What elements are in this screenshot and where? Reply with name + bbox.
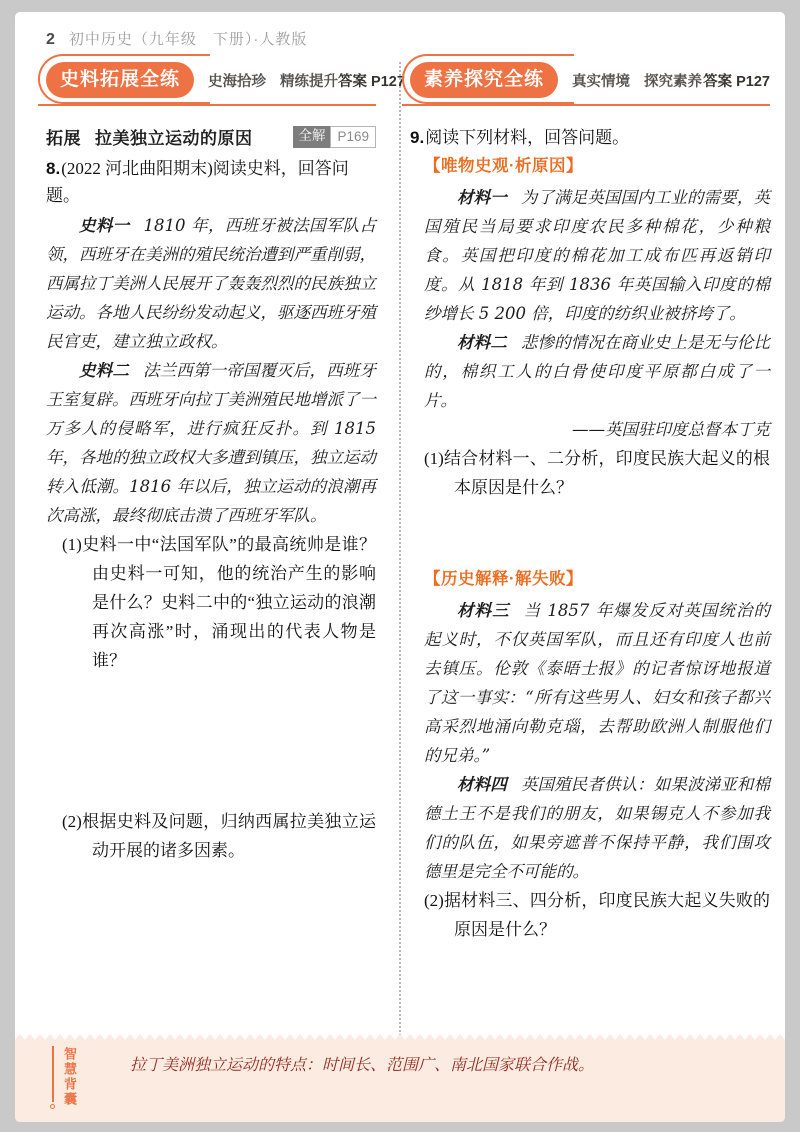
question-8-sub-2: (2)根据史料及问题，归纳西属拉美独立运动开展的诸多因素。 xyxy=(62,807,376,865)
page-header: 2 初中历史（九年级 下册）·人教版 xyxy=(46,28,746,49)
material-cailiao-4: 材料四英国殖民者供认：如果波涕亚和棉德土王不是我们的朋友，如果锡克人不参加我们的… xyxy=(424,770,770,886)
header-underline-decoration xyxy=(402,104,770,106)
header-underline-decoration xyxy=(38,104,376,106)
column-divider xyxy=(399,62,401,1040)
tagline: 探究素养 xyxy=(644,70,702,91)
sub-question-number: (1) xyxy=(62,535,82,554)
screenshot-root: 2 初中历史（九年级 下册）·人教版 史料拓展全练 史海拾珍 精练提升 答案 P… xyxy=(0,0,800,1132)
tagline: 史海拾珍 xyxy=(208,70,266,91)
tagline: 真实情境 xyxy=(572,70,630,91)
answer-page-ref: 答案 P127 xyxy=(338,70,405,91)
material-shiliao-2: 史料二法兰西第一帝国覆灭后，西班牙王室复辟。西班牙向拉丁美洲殖民地增派了一万多人… xyxy=(46,356,376,530)
question-8-stem-text: (2022 河北曲阳期末)阅读史料，回答问题。 xyxy=(46,159,349,205)
material-2-attribution: ——英国驻印度总督本丁克 xyxy=(424,415,770,444)
sub-question-number: (2) xyxy=(62,812,82,831)
book-title: 初中历史（九年级 下册）·人教版 xyxy=(69,28,308,49)
competency-tag-2: 【历史解释·解失败】 xyxy=(424,566,770,593)
material-label: 材料四 xyxy=(457,775,507,794)
workbook-page: 2 初中历史（九年级 下册）·人教版 史料拓展全练 史海拾珍 精练提升 答案 P… xyxy=(15,12,785,1122)
question-8-sub-1: (1)史料一中“法国军队”的最高统帅是谁？由史料一可知，他的统治产生的影响是什么… xyxy=(62,530,376,675)
material-label: 材料三 xyxy=(457,601,510,620)
question-8-number: 8. xyxy=(46,159,60,178)
material-label: 材料二 xyxy=(457,333,507,352)
material-label: 史料一 xyxy=(79,216,130,235)
answer-space xyxy=(424,502,770,564)
solution-badge-page: P169 xyxy=(330,126,376,148)
zigzag-edge-decoration xyxy=(15,1034,785,1040)
wisdom-pouch-panel: 智慧背囊 拉丁美洲独立运动的特点：时间长、范围广、南北国家联合作战。 xyxy=(15,1040,785,1122)
section-badge: 素养探究全练 xyxy=(410,62,558,98)
right-section-header: 素养探究全练 真实情境 探究素养 答案 P127 xyxy=(410,60,770,100)
question-9-stem-text: 阅读下列材料，回答问题。 xyxy=(425,128,629,147)
question-9-number: 9. xyxy=(410,128,424,147)
page-number: 2 xyxy=(46,31,55,49)
section-badge: 史料拓展全练 xyxy=(46,62,194,98)
answer-space xyxy=(46,675,376,807)
section-taglines: 真实情境 探究素养 xyxy=(572,70,702,91)
left-column: 史料拓展全练 史海拾珍 精练提升 答案 P127 拓展 拉美独立运动的原因 全解… xyxy=(46,60,376,865)
material-cailiao-3: 材料三当 1857 年爆发反对英国统治的起义时，不仅英国军队，而且还有印度人也前… xyxy=(424,596,770,770)
material-cailiao-1: 材料一为了满足英国国内工业的需要，英国殖民当局要求印度农民多种棉花，少种粮食。英… xyxy=(424,183,770,328)
sub-question-text: 史料一中“法国军队”的最高统帅是谁？由史料一可知，他的统治产生的影响是什么？史料… xyxy=(82,535,376,670)
question-9-sub-2: (2)据材料三、四分析，印度民族大起义失败的原因是什么？ xyxy=(424,886,770,944)
sub-question-text: 据材料三、四分析，印度民族大起义失败的原因是什么？ xyxy=(444,891,770,939)
topic-label: 拓展 xyxy=(46,124,81,149)
sub-question-text: 结合材料一、二分析，印度民族大起义的根本原因是什么？ xyxy=(444,449,770,497)
question-9-body: 【唯物史观·析原因】 材料一为了满足英国国内工业的需要，英国殖民当局要求印度农民… xyxy=(410,153,770,944)
material-text: 法兰西第一帝国覆灭后，西班牙王室复辟。西班牙向拉丁美洲殖民地增派了一万多人的侵略… xyxy=(46,361,376,525)
material-label: 材料一 xyxy=(457,188,507,207)
question-8-stem: 8.(2022 河北曲阳期末)阅读史料，回答问题。 xyxy=(46,155,376,209)
left-section-header: 史料拓展全练 史海拾珍 精练提升 答案 P127 xyxy=(46,60,376,100)
material-text: 为了满足英国国内工业的需要，英国殖民当局要求印度农民多种棉花，少种粮食。英国把印… xyxy=(424,188,770,323)
footer-vertical-rule xyxy=(52,1046,54,1102)
material-cailiao-2: 材料二悲惨的情况在商业史上是无与伦比的，棉织工人的白骨使印度平原都白成了一片。 xyxy=(424,328,770,415)
wisdom-pouch-note: 拉丁美洲独立运动的特点：时间长、范围广、南北国家联合作战。 xyxy=(130,1052,750,1078)
competency-tag-1: 【唯物史观·析原因】 xyxy=(424,153,770,180)
wisdom-pouch-label: 智慧背囊 xyxy=(60,1047,79,1107)
topic-title: 拉美独立运动的原因 xyxy=(95,124,253,149)
rule-end-dot xyxy=(50,1104,55,1109)
solution-ref-badge: 全解 P169 xyxy=(293,126,376,148)
solution-badge-label: 全解 xyxy=(293,126,330,148)
material-text: 1810 年，西班牙被法国军队占领，西班牙在美洲的殖民统治遭到严重削弱，西属拉丁… xyxy=(46,216,376,351)
section-taglines: 史海拾珍 精练提升 xyxy=(208,70,338,91)
question-9-stem: 9.阅读下列材料，回答问题。 xyxy=(410,124,770,151)
material-label: 史料二 xyxy=(79,361,129,380)
material-shiliao-1: 史料一1810 年，西班牙被法国军队占领，西班牙在美洲的殖民统治遭到严重削弱，西… xyxy=(46,211,376,356)
right-column: 素养探究全练 真实情境 探究素养 答案 P127 9.阅读下列材料，回答问题。 … xyxy=(410,60,770,944)
tagline: 精练提升 xyxy=(280,70,338,91)
material-text: 当 1857 年爆发反对英国统治的起义时，不仅英国军队，而且还有印度人也前去镇压… xyxy=(424,601,770,765)
topic-row: 拓展 拉美独立运动的原因 全解 P169 xyxy=(46,124,376,149)
answer-page-ref: 答案 P127 xyxy=(703,70,770,91)
sub-question-number: (2) xyxy=(424,891,444,910)
question-9-sub-1: (1)结合材料一、二分析，印度民族大起义的根本原因是什么？ xyxy=(424,444,770,502)
sub-question-number: (1) xyxy=(424,449,444,468)
sub-question-text: 根据史料及问题，归纳西属拉美独立运动开展的诸多因素。 xyxy=(82,812,376,860)
